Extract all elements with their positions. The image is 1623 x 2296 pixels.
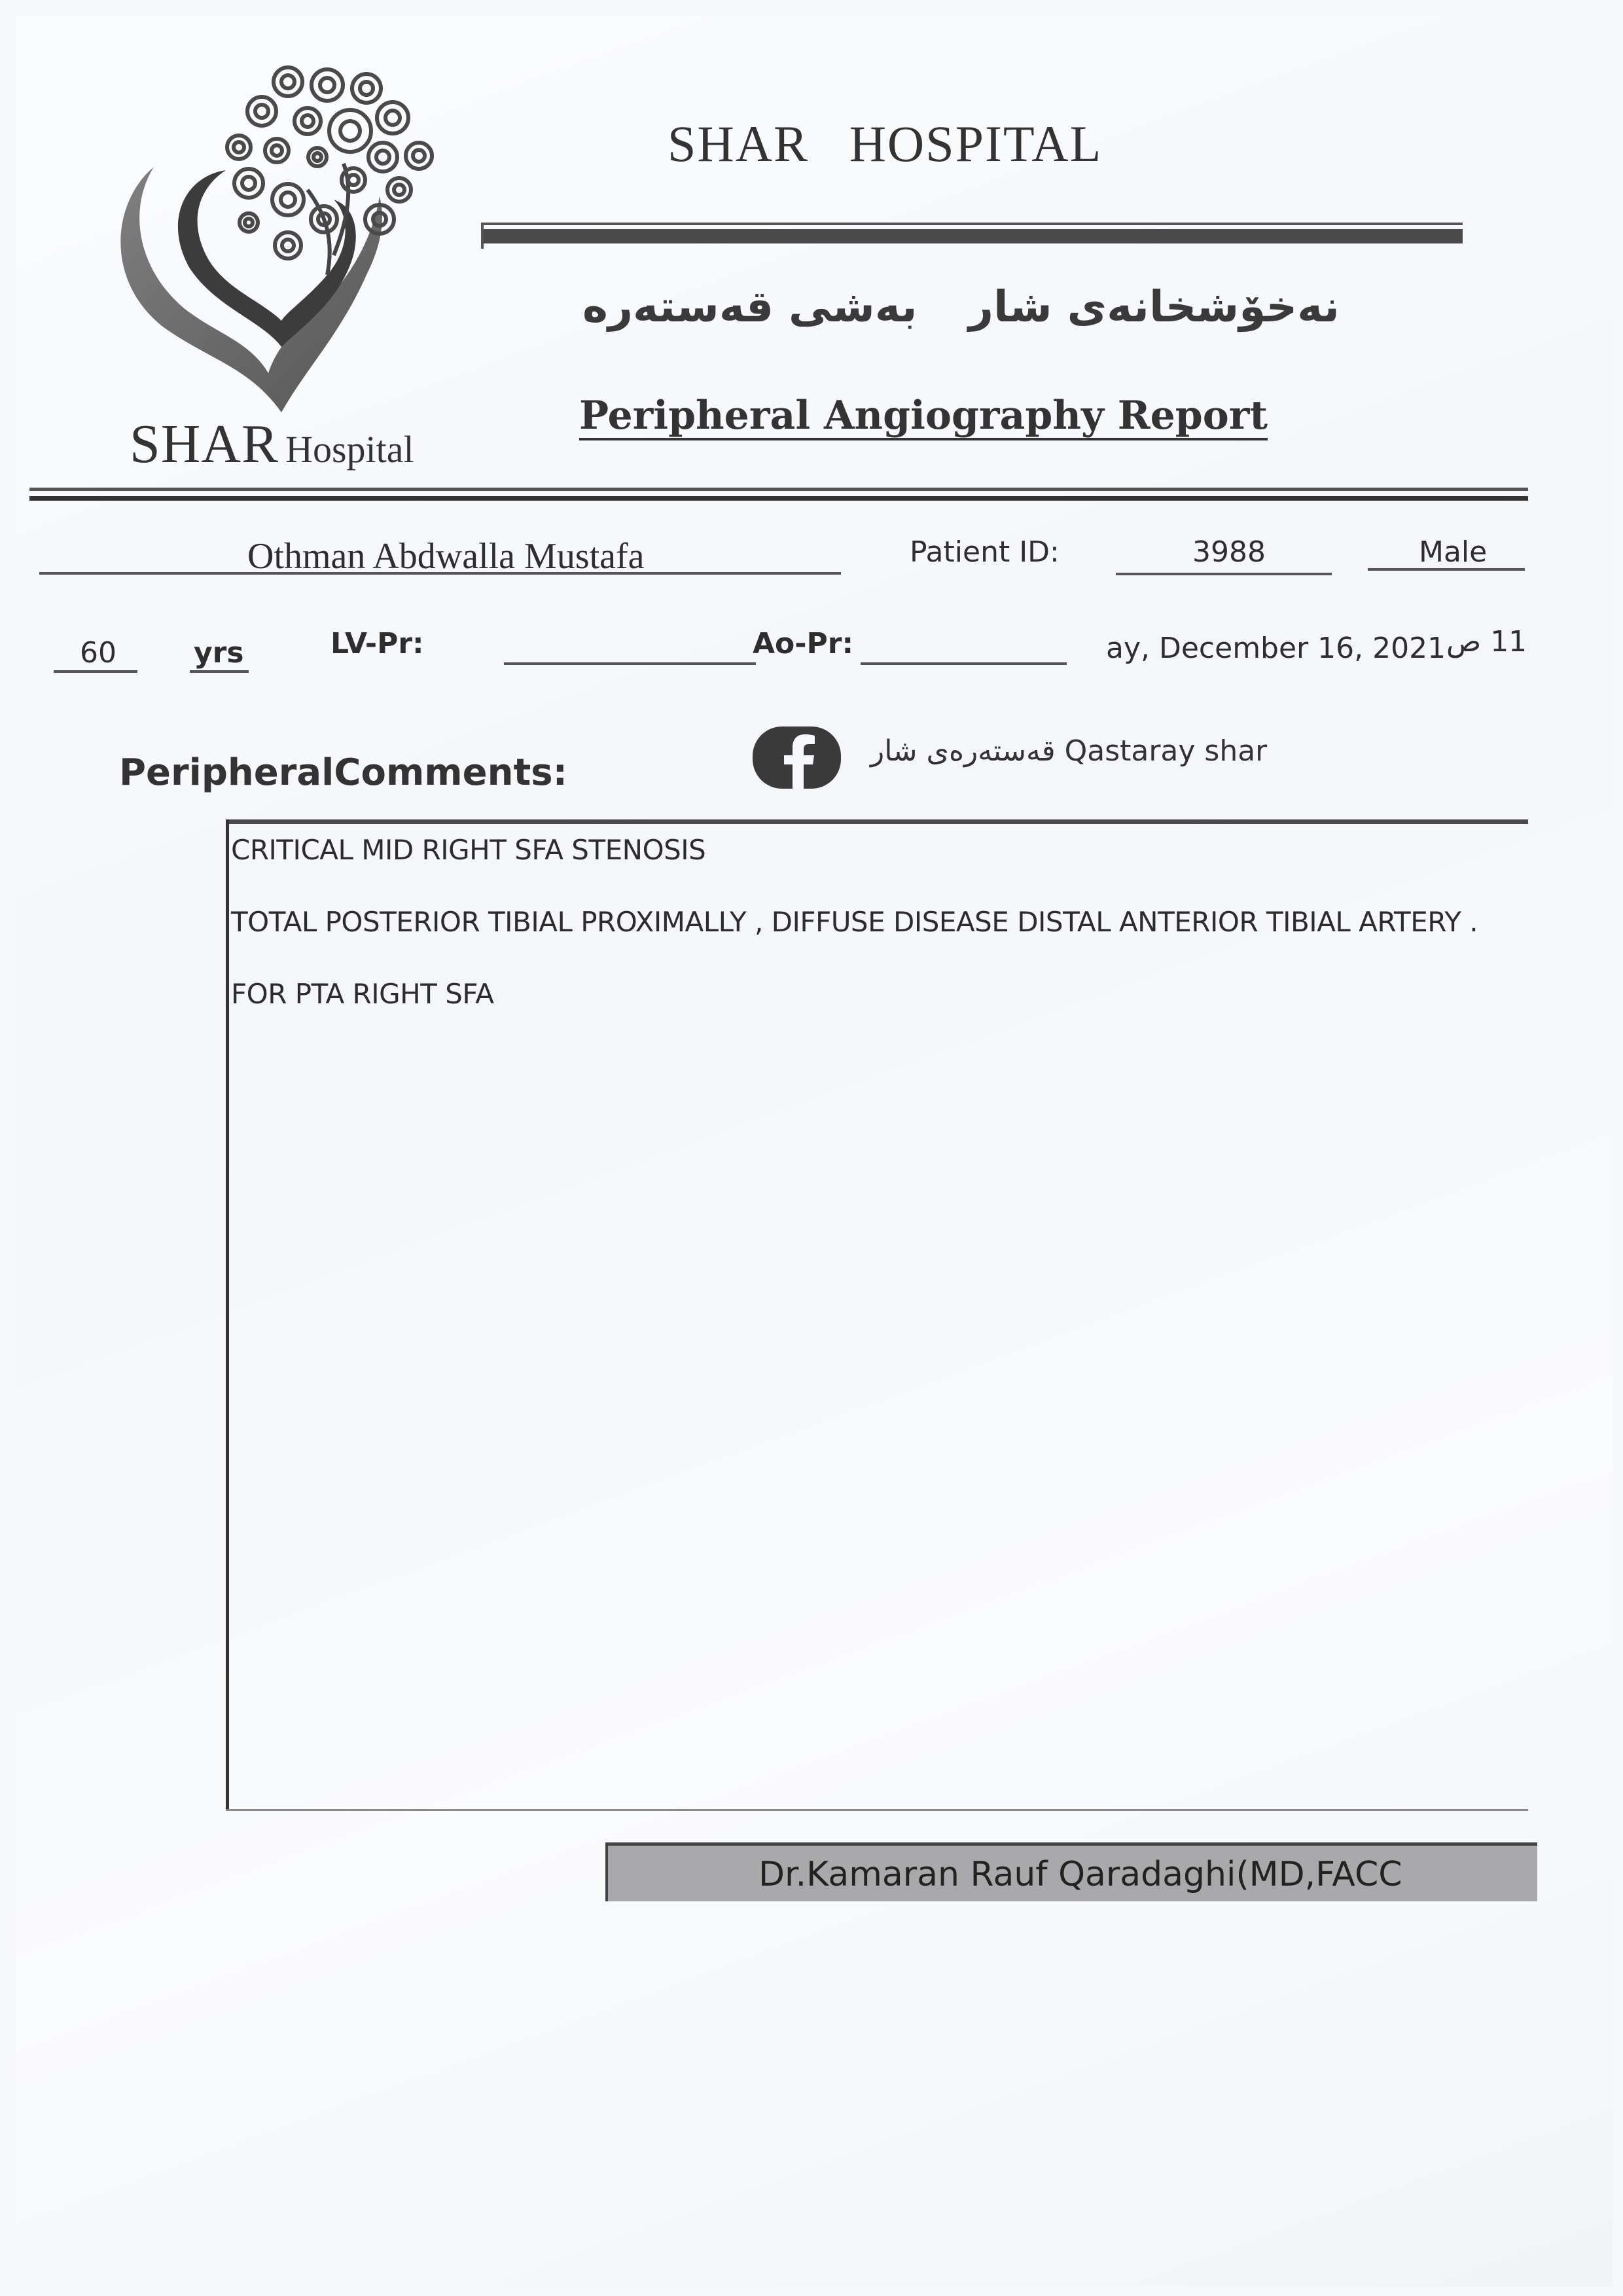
title-divider — [481, 223, 1463, 243]
kurdish-hospital-name: نەخۆشخانەی شار — [969, 281, 1340, 332]
lv-pr-label: LV-Pr: — [330, 627, 424, 660]
comment-line: CRITICAL MID RIGHT SFA STENOSIS — [231, 834, 705, 866]
header-divider — [29, 488, 1528, 505]
logo-wordmark: SHARHospital — [130, 412, 414, 476]
report-date: ay, December 16, 2021 — [1106, 632, 1446, 665]
patient-gender: Male — [1419, 535, 1487, 569]
doctor-signature-bar: Dr.Kamaran Rauf Qaradaghi(MD,FACC — [605, 1842, 1537, 1901]
comments-label: PeripheralComments: — [119, 751, 567, 794]
ao-pr-underline — [861, 662, 1067, 665]
patient-id-underline — [1116, 573, 1332, 575]
patient-name: Othman Abdwalla Mustafa — [247, 535, 645, 577]
logo-name: SHAR — [130, 414, 279, 475]
facebook-icon — [753, 726, 841, 789]
comments-box: CRITICAL MID RIGHT SFA STENOSIS TOTAL PO… — [226, 819, 1528, 1811]
age-unit: yrs — [194, 636, 244, 670]
age-value: 60 — [80, 636, 116, 670]
age-underline — [54, 670, 137, 673]
hospital-logo-heart-tree-icon — [92, 59, 497, 425]
gender-underline — [1368, 568, 1525, 571]
comment-line: TOTAL POSTERIOR TIBIAL PROXIMALLY , DIFF… — [231, 906, 1478, 938]
age-unit-underline — [190, 670, 249, 673]
doctor-name: Dr.Kamaran Rauf Qaradaghi(MD,FACC — [758, 1855, 1402, 1894]
patient-id-value: 3988 — [1192, 535, 1266, 569]
facebook-page-name: قەستەرەی شار Qastaray shar — [870, 734, 1267, 768]
kurdish-department: بەشی قەستەرە — [582, 281, 918, 332]
patient-name-underline — [39, 572, 841, 575]
logo-subtitle: Hospital — [285, 428, 414, 471]
ao-pr-label: Ao-Pr: — [753, 627, 853, 660]
comment-line: FOR PTA RIGHT SFA — [231, 978, 493, 1010]
hospital-title: SHAR HOSPITAL — [668, 115, 1102, 173]
report-time: 11 ص — [1446, 625, 1527, 658]
patient-id-label: Patient ID: — [910, 535, 1060, 569]
report-title: Peripheral Angiography Report — [579, 393, 1268, 439]
lv-pr-underline — [504, 662, 756, 665]
